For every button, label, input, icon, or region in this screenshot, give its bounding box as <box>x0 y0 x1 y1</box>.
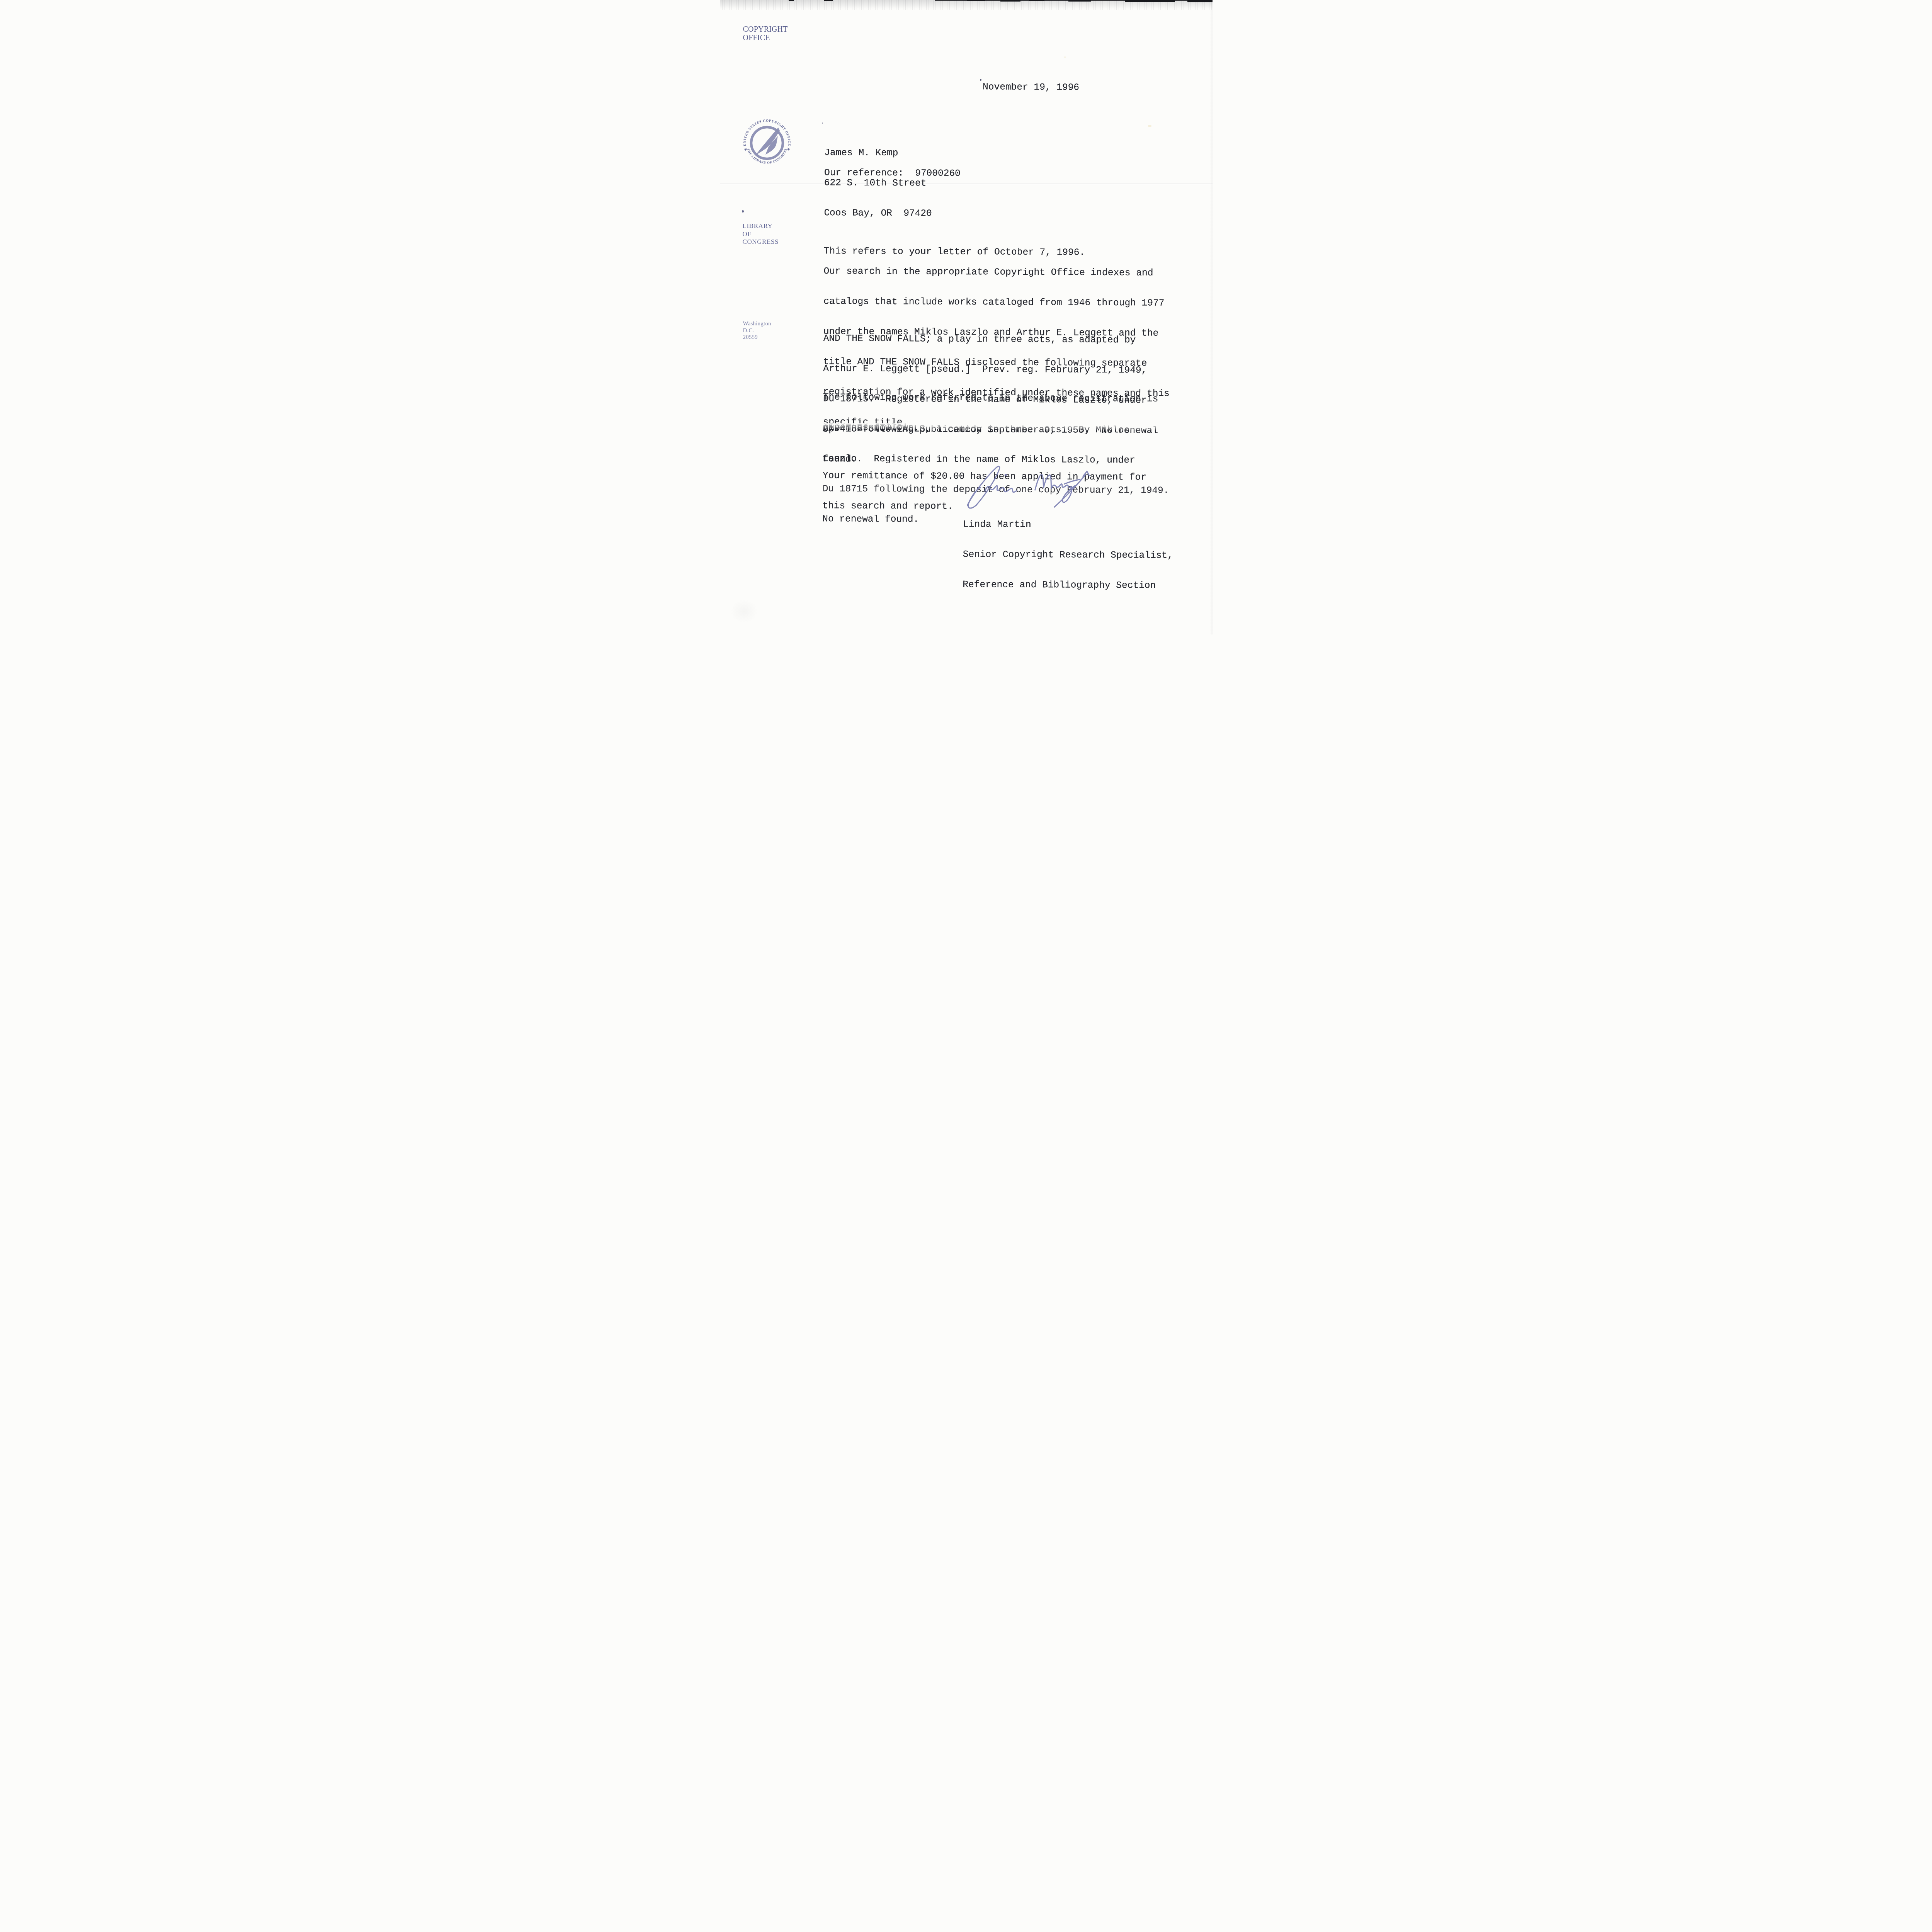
recipient-street: 622 S. 10th Street <box>824 178 932 189</box>
signature-block: Linda Martin Senior Copyright Research S… <box>963 500 1173 611</box>
scan-artifact <box>1187 0 1213 2</box>
scan-artifact <box>1029 0 1044 1</box>
date-line: November 19, 1996 <box>983 82 1079 93</box>
signer-title: Senior Copyright Research Specialist, <box>963 550 1173 561</box>
recipient-address: James M. Kemp 622 S. 10th Street Coos Ba… <box>824 128 932 239</box>
scan-artifact <box>824 0 833 1</box>
paragraph-line: Our search in the appropriate Copyright … <box>823 267 1170 279</box>
scan-artifact <box>967 0 985 1</box>
recipient-name: James M. Kemp <box>824 148 932 158</box>
scanned-letter-page: COPYRIGHT OFFICE ★ UNITED STATES COPYRIG… <box>720 0 1213 634</box>
scan-artifact <box>1125 0 1175 2</box>
paragraph-line: catalogs that include works cataloged fr… <box>823 297 1170 309</box>
recipient-city: Coos Bay, OR 97420 <box>824 208 932 219</box>
scan-artifact <box>1000 0 1020 2</box>
scan-artifact <box>789 0 794 1</box>
scan-artifact <box>1068 0 1091 2</box>
reference-line: Our reference: 97000260 <box>824 168 960 179</box>
typed-content: November 19, 1996 James M. Kemp 622 S. 1… <box>720 0 1213 634</box>
paragraph-line: AND THE SNOW FALLS; a play in three acts… <box>823 334 1158 346</box>
handwritten-signature <box>949 463 1092 516</box>
paragraph-line: The following work referred to in the ab… <box>823 393 1158 405</box>
signer-section: Reference and Bibliography Section <box>963 580 1173 591</box>
signer-typed-name: Linda Martin <box>963 520 1173 531</box>
